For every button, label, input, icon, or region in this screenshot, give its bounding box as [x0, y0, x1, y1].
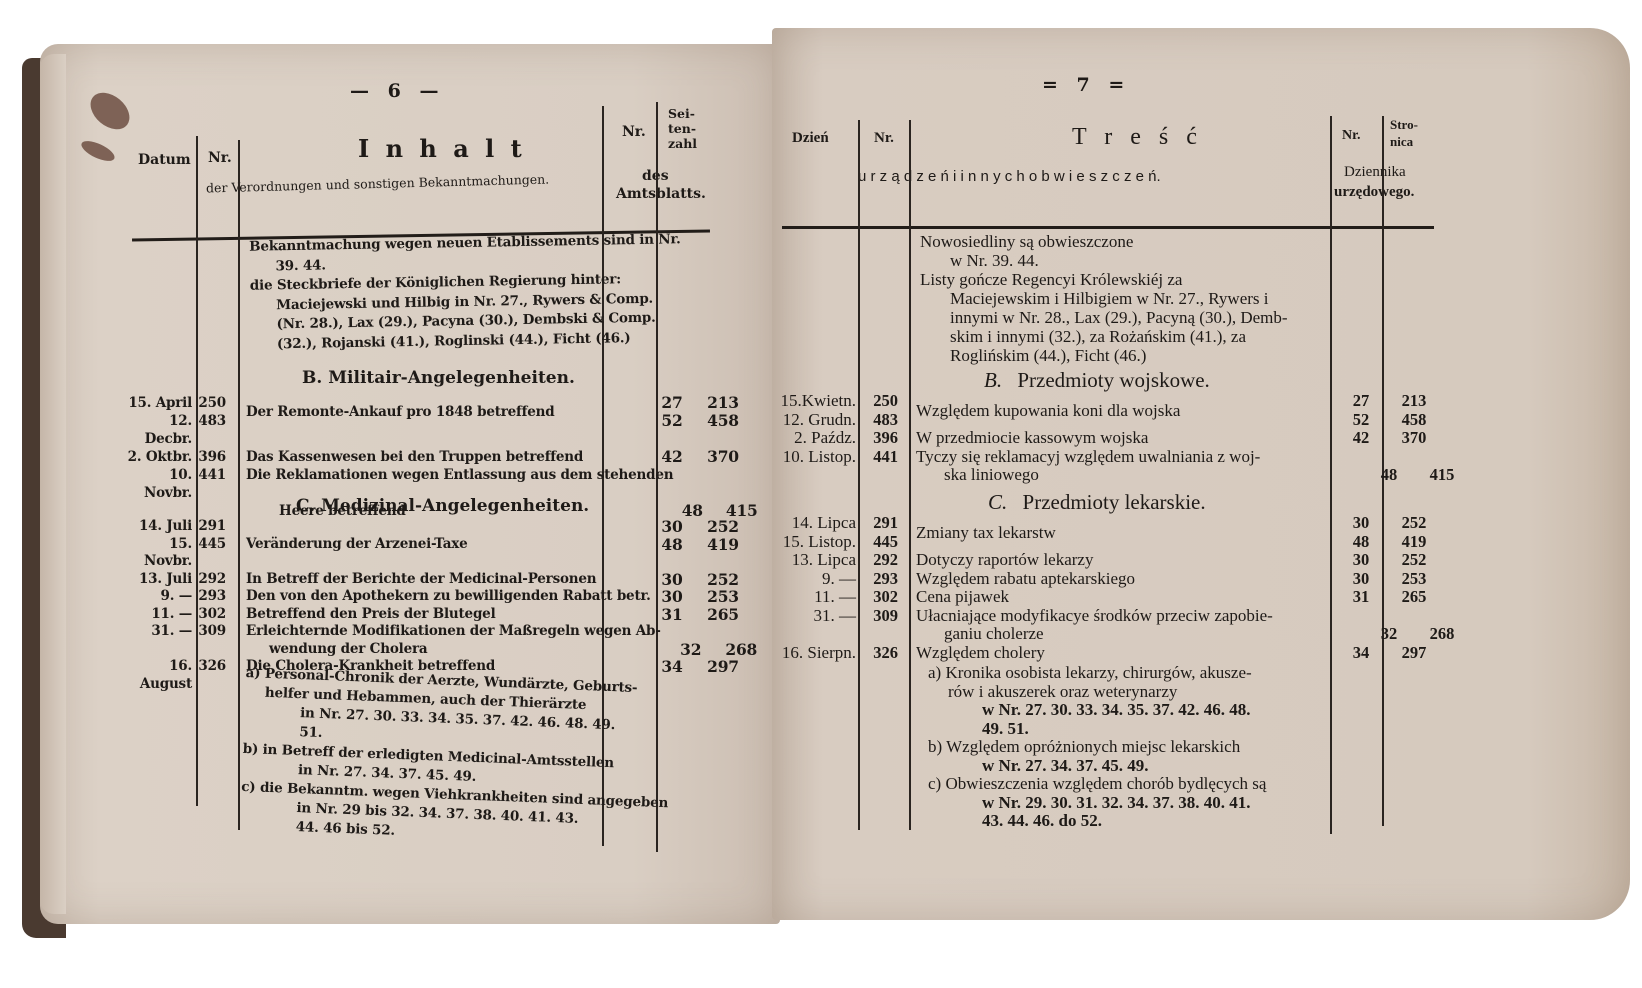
table-row: 13. Lipca 292 Dotyczy raportów lekarzy 3… — [774, 551, 1474, 570]
sub-items: a) Kronika osobista lekarzy, chirurgów, … — [922, 664, 1266, 831]
table-row: 31. — 309 Ułacniające modyfikacye środkó… — [774, 607, 1474, 626]
seiten-line-2: ten- — [668, 121, 697, 136]
column-header-nr: Nr. — [208, 150, 232, 166]
section-title: Przedmioty lekarskie. — [1023, 490, 1206, 514]
intro-line: skim i innymi (32.), za Rożańskim (41.),… — [920, 327, 1288, 346]
section-c-rows: 14. Juli 291 30 252 15. Novbr. 445 Verän… — [126, 518, 766, 693]
table-row: 12. Grudn. 483 Względem kupowania koni d… — [774, 411, 1474, 430]
ink-stain — [79, 137, 118, 165]
intro-line: Listy gończe Regencyi Królewskiéj za — [920, 270, 1288, 289]
column-header-nr-amtsblatt: Nr. — [622, 124, 646, 140]
intro-block: Bekanntmachung wegen neuen Etablissement… — [249, 230, 682, 355]
table-row: 11. — 302 Cena pijawek 31 265 — [774, 588, 1474, 607]
table-row: 11. — 302 Betreffend den Preis der Blute… — [126, 606, 766, 624]
table-row: wendung der Cholera 32 268 — [126, 641, 766, 659]
column-header-amtsblatts: Amtsblatts. — [616, 186, 706, 202]
section-c-rows: 14. Lipca 291 30 252 15. Listop. 445 Zmi… — [774, 514, 1474, 662]
seiten-line-1: Sei- — [668, 106, 697, 121]
table-row: 13. Juli 292 In Betreff der Berichte der… — [126, 571, 766, 589]
sub-item-line: c) Obwieszczenia względem chorób bydlęcy… — [922, 775, 1266, 794]
column-header-nr-dziennika: Nr. — [1342, 128, 1361, 144]
intro-line: Nowosiedliny są obwieszczone — [920, 232, 1288, 251]
sub-item-line: w Nr. 29. 30. 31. 32. 34. 37. 38. 40. 41… — [922, 794, 1266, 813]
table-row: 2. Oktbr. 396 Das Kassenwesen bei den Tr… — [126, 448, 766, 466]
table-row: 9. — 293 Den von den Apothekern zu bewil… — [126, 588, 766, 606]
sub-item-line: w Nr. 27. 34. 37. 45. 49. — [922, 757, 1266, 776]
table-row: 9. — 293 Względem rabatu aptekarskiego 3… — [774, 570, 1474, 589]
table-row: 15. Listop. 445 Zmiany tax lekarstw 48 4… — [774, 533, 1474, 552]
section-heading-c: C. Przedmioty lekarskie. — [988, 490, 1206, 515]
table-row: 14. Juli 291 30 252 — [126, 518, 766, 536]
intro-line: w Nr. 39. 44. — [920, 251, 1288, 270]
column-header-title: T r e ś ć — [1072, 124, 1203, 151]
sub-item-line: 49. 51. — [922, 720, 1266, 739]
table-row: 31. — 309 Erleichternde Modifikationen d… — [126, 623, 766, 641]
column-header-dziennika: Dziennika — [1344, 164, 1406, 181]
column-header-title: I n h a l t — [358, 134, 526, 163]
open-book: — 6 — Datum Nr. I n h a l t der Verordnu… — [0, 0, 1642, 988]
right-page: = 7 = Dzień Nr. T r e ś ć u r z ą d z e … — [772, 28, 1630, 920]
table-row: 2. Paźdz. 396 W przedmiocie kassowym woj… — [774, 429, 1474, 448]
strona-line-2: nica — [1390, 133, 1418, 150]
column-header-subtitle: der Verordnungen und sonstigen Bekanntma… — [206, 172, 550, 196]
intro-line: Roglińskim (44.), Ficht (46.) — [920, 346, 1288, 365]
section-title: Przedmioty wojskowe. — [1017, 368, 1209, 392]
page-number: = 7 = — [1042, 74, 1130, 96]
section-heading-b: B. Przedmioty wojskowe. — [984, 368, 1210, 393]
sub-item-line: a) Kronika osobista lekarzy, chirurgów, … — [922, 664, 1266, 683]
section-heading-b: B. Militair-Angelegenheiten. — [302, 368, 575, 388]
column-header-urzedowego: urzędowego. — [1334, 184, 1414, 201]
column-header-datum: Datum — [138, 152, 191, 168]
column-header-dzien: Dzień — [792, 130, 829, 147]
column-header-subtitle: u r z ą d z e ń i i n n y c h o b w i e … — [858, 168, 1161, 185]
left-page: — 6 — Datum Nr. I n h a l t der Verordnu… — [40, 44, 780, 924]
sub-item-line: w Nr. 27. 30. 33. 34. 35. 37. 42. 46. 48… — [922, 701, 1266, 720]
page-number: — 6 — — [350, 80, 444, 102]
sub-item-line: rów i akuszerek oraz weterynarzy — [922, 683, 1266, 702]
sub-items: a) Personal-Chronik der Aerzte, Wundärzt… — [239, 664, 672, 851]
sub-item-line: b) Względem opróżnionych miejsc lekarski… — [922, 738, 1266, 757]
seiten-line-3: zahl — [668, 136, 697, 151]
intro-line: Maciejewskim i Hilbigiem w Nr. 27., Rywe… — [920, 289, 1288, 308]
page-stack-edge — [40, 54, 66, 914]
table-row: 10. Listop. 441 Tyczy się reklamacyj wzg… — [774, 448, 1474, 467]
section-b-rows: 15.Kwietn. 250 27 213 12. Grudn. 483 Wzg… — [774, 392, 1474, 485]
section-letter: C. — [988, 490, 1007, 514]
ink-stain — [84, 85, 137, 136]
table-row: ska liniowego 48 415 — [774, 466, 1474, 485]
table-row: 16. Sierpn. 326 Względem cholery 34 297 — [774, 644, 1474, 663]
column-header-strona: Stro- nica — [1390, 116, 1418, 150]
intro-block: Nowosiedliny są obwieszczone w Nr. 39. 4… — [920, 232, 1288, 365]
table-row: ganiu cholerze 32 268 — [774, 625, 1474, 644]
section-heading-c: C. Medizinal-Angelegenheiten. — [296, 496, 589, 516]
header-rule — [782, 226, 1434, 229]
section-letter: B. — [984, 368, 1002, 392]
column-header-seiten: Sei- ten- zahl — [668, 106, 697, 151]
sub-item-line: 43. 44. 46. do 52. — [922, 812, 1266, 831]
column-header-nr: Nr. — [874, 130, 894, 147]
table-row: 15. Novbr. 445 Veränderung der Arzenei-T… — [126, 536, 766, 571]
table-row: 12. Decbr. 483 Der Remonte-Ankauf pro 18… — [126, 412, 766, 448]
strona-line-1: Stro- — [1390, 116, 1418, 133]
intro-line: innymi w Nr. 28., Lax (29.), Pacyną (30.… — [920, 308, 1288, 327]
